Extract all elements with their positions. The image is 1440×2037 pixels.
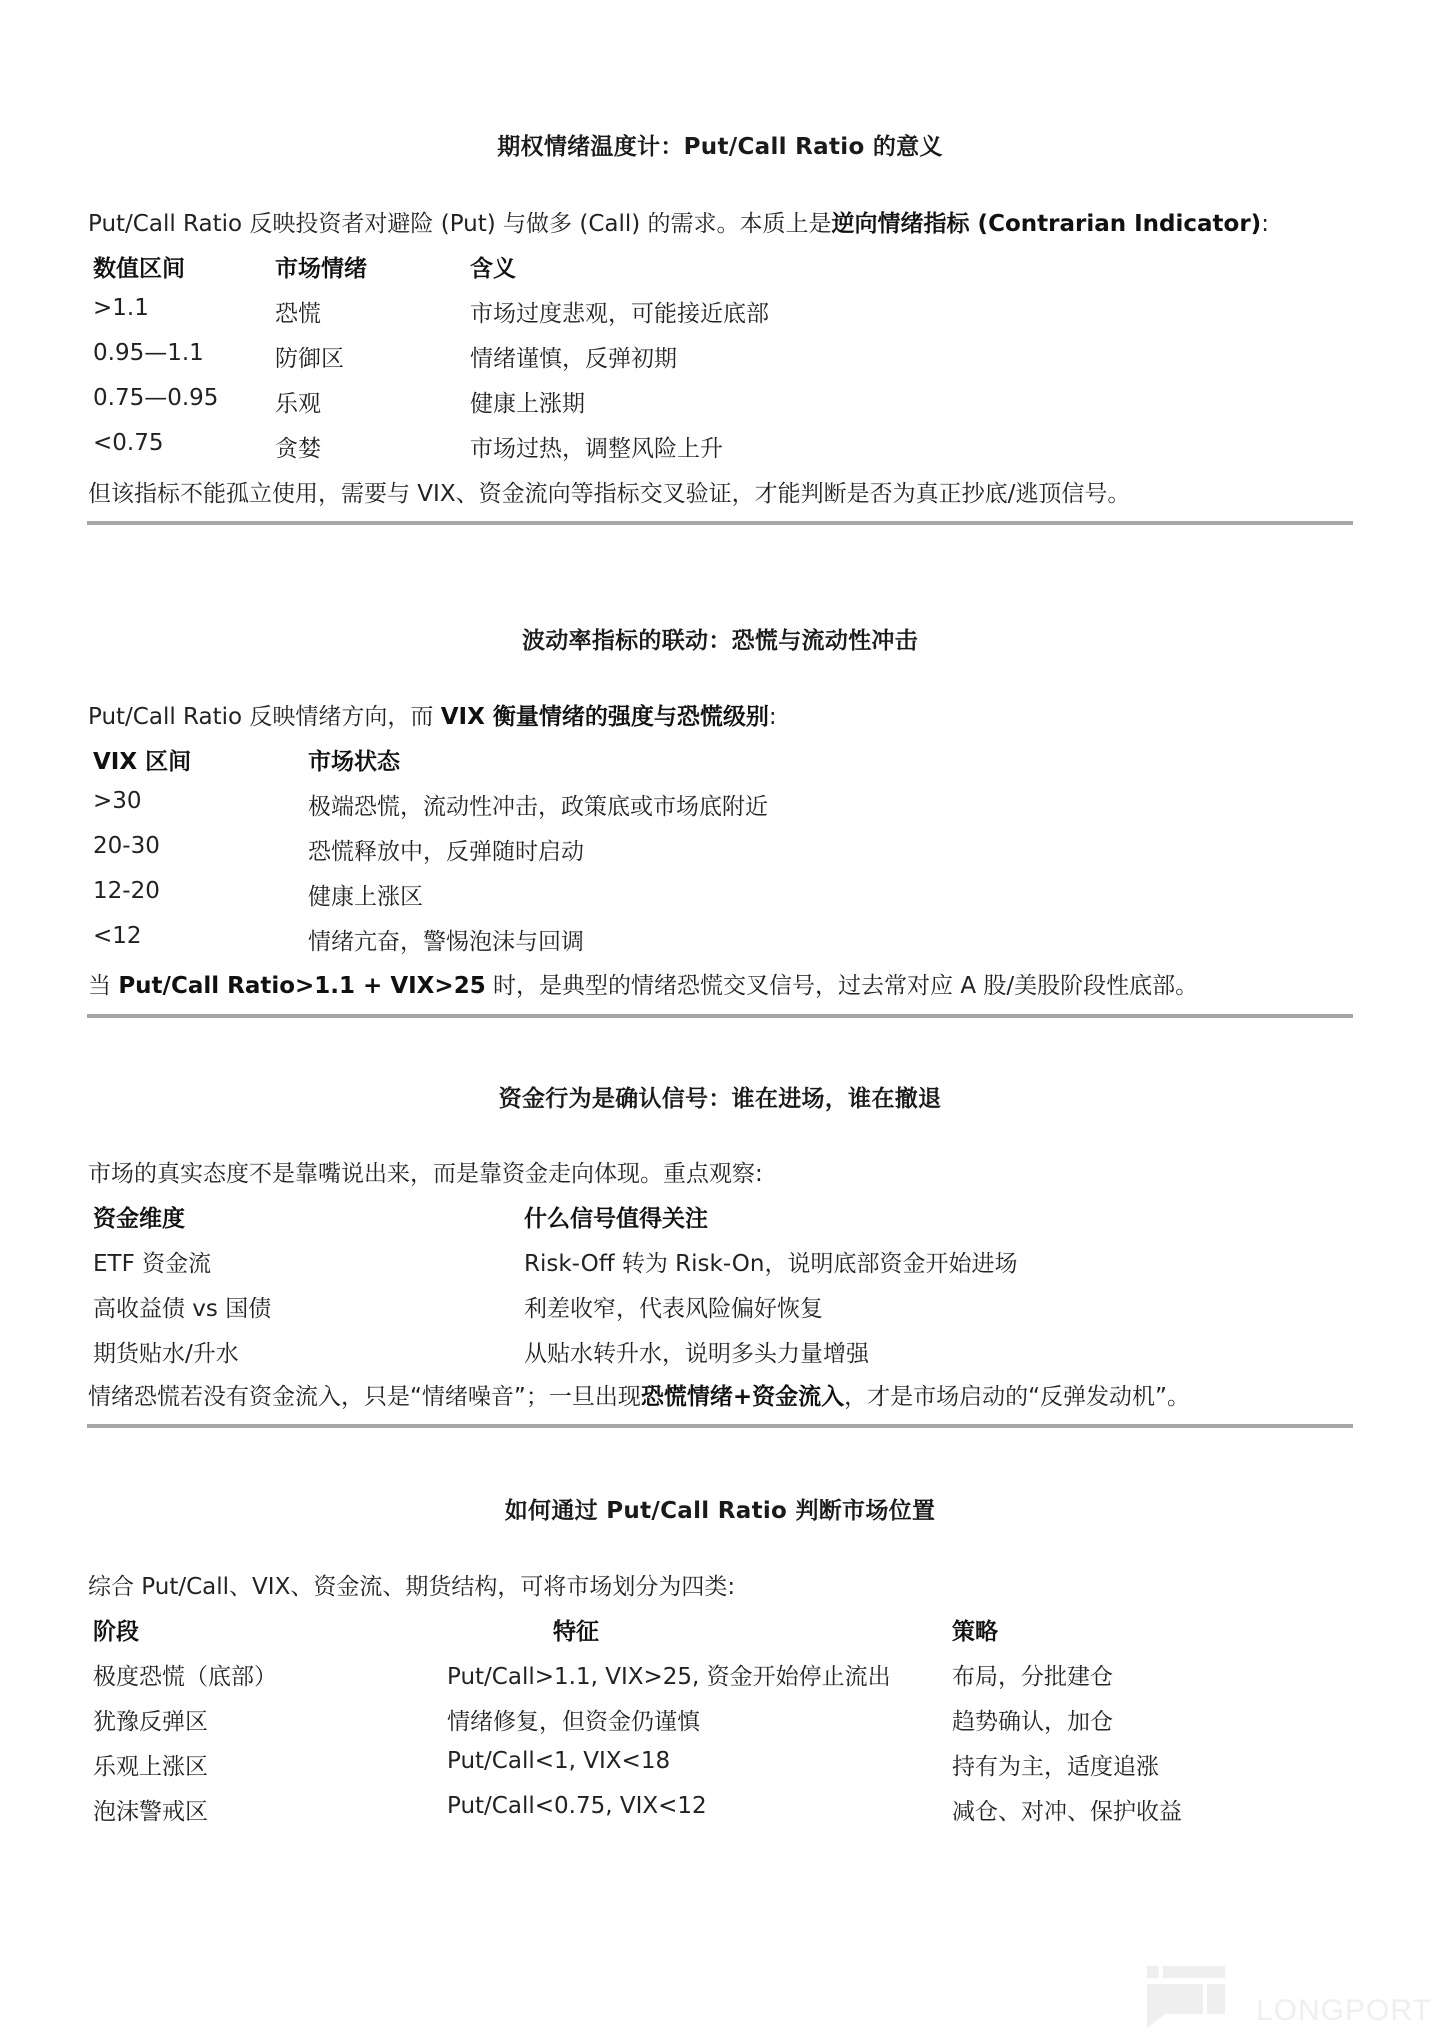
table-cell: 持有为主，适度追涨 — [952, 1748, 1159, 1781]
table-cell: 极度恐慌（底部） — [93, 1658, 277, 1691]
table-header: 策略 — [952, 1613, 998, 1646]
footer-tail: 时，是典型的情绪恐慌交叉信号，过去常对应 A 股/美股阶段性底部。 — [486, 973, 1198, 999]
table-cell: 期货贴水/升水 — [93, 1335, 239, 1368]
table-cell: 恐慌释放中，反弹随时启动 — [308, 833, 584, 866]
watermark-text: LONGPORT — [1256, 1994, 1432, 2028]
intro-tail: : — [1261, 211, 1269, 237]
table-header: 特征 — [553, 1613, 599, 1646]
table-cell: Put/Call<0.75, VIX<12 — [447, 1793, 707, 1819]
longport-logo-icon — [1147, 1966, 1229, 2034]
table-cell: Put/Call>1.1, VIX>25, 资金开始停止流出 — [447, 1658, 891, 1691]
table-header: 什么信号值得关注 — [524, 1200, 708, 1233]
table-header: 市场情绪 — [275, 250, 367, 283]
table-cell: 市场过度悲观，可能接近底部 — [470, 295, 769, 328]
intro-tail: : — [769, 704, 777, 730]
table-cell: 极端恐慌，流动性冲击，政策底或市场底附近 — [308, 788, 768, 821]
table-header: 数值区间 — [93, 250, 185, 283]
section-1-title: 期权情绪温度计：Put/Call Ratio 的意义 — [0, 128, 1440, 161]
footer-text: 当 — [88, 973, 118, 999]
section-3-title: 资金行为是确认信号：谁在进场，谁在撤退 — [0, 1080, 1440, 1113]
table-cell: 乐观上涨区 — [93, 1748, 208, 1781]
section-2-title: 波动率指标的联动：恐慌与流动性冲击 — [0, 622, 1440, 655]
table-cell: 市场过热，调整风险上升 — [470, 430, 723, 463]
table-cell: 20-30 — [93, 833, 160, 859]
footer-bold-text: 恐慌情绪+资金流入 — [641, 1384, 844, 1410]
table-cell: 泡沫警戒区 — [93, 1793, 208, 1826]
table-cell: 犹豫反弹区 — [93, 1703, 208, 1736]
section-1-intro: Put/Call Ratio 反映投资者对避险 (Put) 与做多 (Call)… — [88, 205, 1269, 238]
table-cell: 健康上涨期 — [470, 385, 585, 418]
table-cell: Risk-Off 转为 Risk-On，说明底部资金开始进场 — [524, 1245, 1017, 1278]
table-cell: 情绪修复，但资金仍谨慎 — [447, 1703, 700, 1736]
table-cell: 恐慌 — [275, 295, 321, 328]
section-3-intro: 市场的真实态度不是靠嘴说出来，而是靠资金走向体现。重点观察: — [88, 1155, 763, 1188]
intro-text: Put/Call Ratio 反映情绪方向，而 — [88, 704, 441, 730]
table-cell: 减仓、对冲、保护收益 — [952, 1793, 1182, 1826]
table-cell: 防御区 — [275, 340, 344, 373]
table-cell: 情绪谨慎，反弹初期 — [470, 340, 677, 373]
table-cell: <12 — [93, 923, 142, 949]
intro-bold-text: VIX 衡量情绪的强度与恐慌级别 — [441, 704, 769, 730]
section-3-footer: 情绪恐慌若没有资金流入，只是“情绪噪音”；一旦出现恐慌情绪+资金流入，才是市场启… — [88, 1378, 1190, 1411]
table-cell: ETF 资金流 — [93, 1245, 211, 1278]
section-4-title: 如何通过 Put/Call Ratio 判断市场位置 — [0, 1492, 1440, 1525]
table-cell: 从贴水转升水，说明多头力量增强 — [524, 1335, 869, 1368]
table-header: 市场状态 — [308, 743, 400, 776]
table-cell: 0.95—1.1 — [93, 340, 204, 366]
table-cell: 贪婪 — [275, 430, 321, 463]
section-divider — [87, 1424, 1353, 1428]
table-header: 阶段 — [93, 1613, 139, 1646]
table-cell: 布局，分批建仓 — [952, 1658, 1113, 1691]
table-cell: Put/Call<1, VIX<18 — [447, 1748, 670, 1774]
table-cell: 趋势确认，加仓 — [952, 1703, 1113, 1736]
section-2-footer: 当 Put/Call Ratio>1.1 + VIX>25 时，是典型的情绪恐慌… — [88, 967, 1198, 1000]
footer-text: 情绪恐慌若没有资金流入，只是“情绪噪音”；一旦出现 — [88, 1384, 641, 1410]
intro-bold-text: 逆向情绪指标 (Contrarian Indicator) — [832, 211, 1262, 237]
table-header: 资金维度 — [93, 1200, 185, 1233]
footer-tail: ，才是市场启动的“反弹发动机”。 — [844, 1384, 1190, 1410]
table-cell: 利差收窄，代表风险偏好恢复 — [524, 1290, 823, 1323]
table-cell: 乐观 — [275, 385, 321, 418]
table-cell: <0.75 — [93, 430, 163, 456]
table-cell: 健康上涨区 — [308, 878, 423, 911]
table-cell: >30 — [93, 788, 142, 814]
section-4-intro: 综合 Put/Call、VIX、资金流、期货结构，可将市场划分为四类: — [88, 1568, 735, 1601]
table-cell: 0.75—0.95 — [93, 385, 218, 411]
table-cell: 情绪亢奋，警惕泡沫与回调 — [308, 923, 584, 956]
table-header: VIX 区间 — [93, 743, 191, 776]
section-1-footer: 但该指标不能孤立使用，需要与 VIX、资金流向等指标交叉验证，才能判断是否为真正… — [88, 475, 1130, 508]
section-2-intro: Put/Call Ratio 反映情绪方向，而 VIX 衡量情绪的强度与恐慌级别… — [88, 698, 777, 731]
table-header: 含义 — [470, 250, 516, 283]
section-divider — [87, 521, 1353, 525]
table-cell: >1.1 — [93, 295, 149, 321]
intro-text: Put/Call Ratio 反映投资者对避险 (Put) 与做多 (Call)… — [88, 211, 832, 237]
table-cell: 高收益债 vs 国债 — [93, 1290, 271, 1323]
footer-bold-text: Put/Call Ratio>1.1 + VIX>25 — [118, 973, 485, 999]
table-cell: 12-20 — [93, 878, 160, 904]
section-divider — [87, 1014, 1353, 1018]
